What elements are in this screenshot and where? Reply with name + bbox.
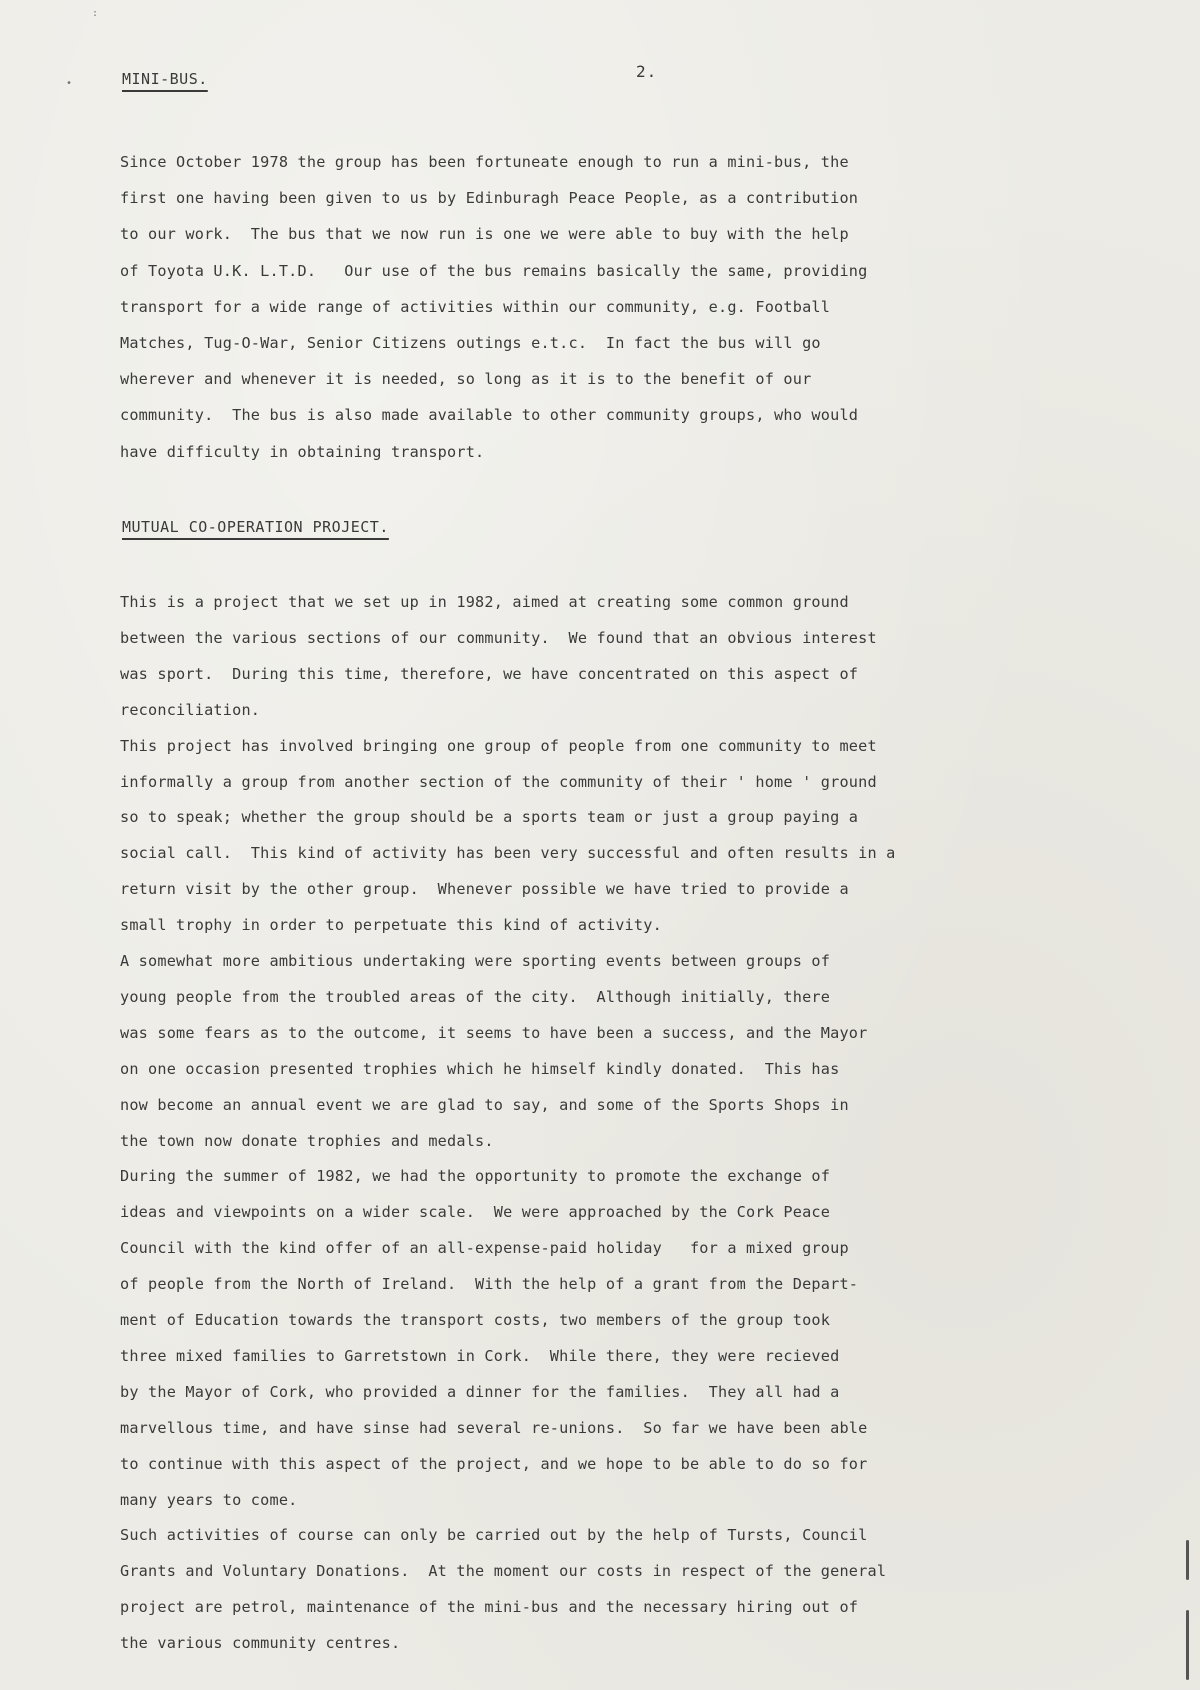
text-line: A somewhat more ambitious undertaking we… <box>120 952 830 970</box>
text-line: community. The bus is also made availabl… <box>120 406 858 424</box>
text-line: many years to come. <box>120 1491 298 1509</box>
page-number: 2. <box>636 62 657 81</box>
text-line: reconciliation. <box>120 701 260 719</box>
text-line: Since October 1978 the group has been fo… <box>120 153 849 171</box>
text-line: now become an annual event we are glad t… <box>120 1096 849 1114</box>
text-line: by the Mayor of Cork, who provided a din… <box>120 1383 839 1401</box>
text-line: informally a group from another section … <box>120 773 877 791</box>
text-line: Matches, Tug-O-War, Senior Citizens outi… <box>120 334 821 352</box>
text-line: first one having been given to us by Edi… <box>120 189 858 207</box>
section-heading: MINI-BUS. <box>122 70 208 88</box>
document-page: : • 2. MINI-BUS.Since October 1978 the g… <box>0 0 1200 1690</box>
text-line: transport for a wide range of activities… <box>120 298 830 316</box>
text-line: to our work. The bus that we now run is … <box>120 225 849 243</box>
text-line: three mixed families to Garretstown in C… <box>120 1347 839 1365</box>
margin-mark: • <box>66 78 72 89</box>
text-line: ment of Education towards the transport … <box>120 1311 830 1329</box>
text-line: was sport. During this time, therefore, … <box>120 665 858 683</box>
text-line: of people from the North of Ireland. Wit… <box>120 1275 858 1293</box>
text-line: Such activities of course can only be ca… <box>120 1526 868 1544</box>
text-line: young people from the troubled areas of … <box>120 988 830 1006</box>
text-line: to continue with this aspect of the proj… <box>120 1455 868 1473</box>
text-line: ideas and viewpoints on a wider scale. W… <box>120 1203 830 1221</box>
text-line: of Toyota U.K. L.T.D. Our use of the bus… <box>120 262 868 280</box>
text-line: During the summer of 1982, we had the op… <box>120 1167 830 1185</box>
text-line: project are petrol, maintenance of the m… <box>120 1598 858 1616</box>
text-line: the various community centres. <box>120 1634 400 1652</box>
text-line: have difficulty in obtaining transport. <box>120 443 484 461</box>
text-line: the town now donate trophies and medals. <box>120 1132 494 1150</box>
edge-mark <box>1186 1610 1189 1680</box>
section-heading: MUTUAL CO-OPERATION PROJECT. <box>122 518 389 536</box>
text-line: This is a project that we set up in 1982… <box>120 593 849 611</box>
text-line: marvellous time, and have sinse had seve… <box>120 1419 868 1437</box>
text-line: Council with the kind offer of an all-ex… <box>120 1239 849 1257</box>
text-line: return visit by the other group. Wheneve… <box>120 880 849 898</box>
text-line: on one occasion presented trophies which… <box>120 1060 839 1078</box>
text-line: wherever and whenever it is needed, so l… <box>120 370 811 388</box>
margin-mark: : <box>92 8 98 19</box>
text-line: small trophy in order to perpetuate this… <box>120 916 662 934</box>
text-line: social call. This kind of activity has b… <box>120 844 896 862</box>
text-line: between the various sections of our comm… <box>120 629 877 647</box>
text-line: Grants and Voluntary Donations. At the m… <box>120 1562 886 1580</box>
edge-mark <box>1186 1540 1189 1580</box>
text-line: was some fears as to the outcome, it see… <box>120 1024 868 1042</box>
text-line: This project has involved bringing one g… <box>120 737 877 755</box>
text-line: so to speak; whether the group should be… <box>120 808 858 826</box>
